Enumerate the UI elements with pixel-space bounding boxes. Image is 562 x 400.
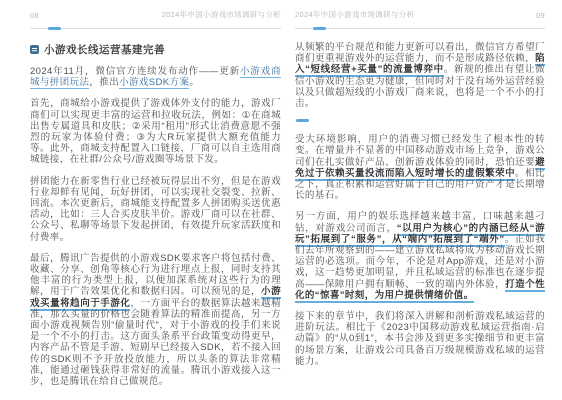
paragraph: 从频繁的平台规范和能力更新可以看出，微信官方希望厂商们更重视游戏外的运营能力，而…: [295, 42, 545, 109]
header-accent-tick: [48, 27, 61, 30]
page-number: 09: [536, 11, 545, 20]
page-right: 2024年中国小游戏市场调研与分析 09 从频繁的平台规范和能力更新可以看出，微…: [295, 0, 545, 400]
page-number: 08: [30, 11, 39, 20]
header-rule: [30, 28, 281, 29]
body-text: 。: [189, 77, 199, 88]
page-content: 从频繁的平台规范和能力更新可以看出，微信官方希望厂商们更重视游戏外的运营能力，而…: [295, 42, 545, 367]
paragraph: 2024年11月，微信官方连续发布动作——更新小游戏商城与拼团玩法，推出小游戏S…: [30, 66, 281, 88]
body-text: 从频繁的平台规范和能力更新可以看出，微信官方希望厂商们更重视游戏外的运营能力，而…: [295, 42, 545, 64]
paragraph: 接下来的章节中，我们将深入讲解和剖析游戏私域运营的进阶玩法。相比于《2023中国…: [295, 311, 545, 367]
body-text: 受大环境影响，用户的消费习惯已经发生了根本性的转变。在增量并不显著的中国移动游戏…: [295, 134, 545, 167]
paragraph: 首先，商城给小游戏提供了游戏体外支付的能力，游戏厂商们可以实现更丰富的运营和拉收…: [30, 98, 281, 165]
body-text: ，一方面平台的数据算法越来越精准，那么买量的价格也会随着算法的精准而提高，另一方…: [30, 298, 281, 387]
header-accent-tick: [313, 27, 326, 30]
body-text: 首先，商城给小游戏提供了游戏体外支付的能力，游戏厂商们可以实现更丰富的运营和拉收…: [30, 98, 281, 165]
paragraph: 拼团能力在新零售行业已经被玩得层出不穷，但是在游戏行业却鲜有见闻，玩好拼团，可以…: [30, 176, 281, 243]
body-text: 2024年11月，微信官方连续发布动作——更新: [30, 66, 240, 77]
doc-link[interactable]: 小游戏SDK方案: [119, 77, 189, 89]
notebook-icon: [30, 45, 39, 54]
body-text: ，推出: [89, 77, 119, 88]
section-title: 小游戏长线运营基建完善: [44, 42, 165, 57]
running-title: 2024年中国小游戏市场调研与分析: [162, 9, 281, 20]
page-left: 08 2024年中国小游戏市场调研与分析 小游戏长线运营基建完善 2024年11…: [30, 0, 281, 400]
section-divider: [296, 119, 309, 122]
section-heading: 小游戏长线运营基建完善: [30, 42, 281, 57]
running-title: 2024年中国小游戏市场调研与分析: [295, 9, 414, 20]
body-text: 最后，腾讯广告提供的小游戏SDK要求客户将包括付费、收藏、分享、创角等核心行为进…: [30, 253, 281, 298]
header-rule: [295, 28, 545, 29]
page-header: 08 2024年中国小游戏市场调研与分析: [30, 10, 281, 20]
paragraph-list: 2024年11月，微信官方连续发布动作——更新小游戏商城与拼团玩法，推出小游戏S…: [30, 66, 281, 387]
body-text: 拼团能力在新零售行业已经被玩得层出不穷，但是在游戏行业却鲜有见闻，玩好拼团，可以…: [30, 176, 281, 243]
page-header: 2024年中国小游戏市场调研与分析 09: [295, 10, 545, 20]
paragraph: 最后，腾讯广告提供的小游戏SDK要求客户将包括付费、收藏、分享、创角等核心行为进…: [30, 253, 281, 387]
paragraph: 受大环境影响，用户的消费习惯已经发生了根本性的转变。在增量并不显著的中国移动游戏…: [295, 134, 545, 201]
page-content: 小游戏长线运营基建完善 2024年11月，微信官方连续发布动作——更新小游戏商城…: [30, 42, 281, 387]
body-text: 接下来的章节中，我们将深入讲解和剖析游戏私域运营的进阶玩法。相比于《2023中国…: [295, 311, 545, 367]
paragraph-list: 从频繁的平台规范和能力更新可以看出，微信官方希望厂商们更重视游戏外的运营能力，而…: [295, 42, 545, 367]
paragraph: 另一方面，用户的娱乐选择越来越丰富，口味越来越刁钻，对游戏公司而言，“以用户为核…: [295, 211, 545, 301]
document-spread: 08 2024年中国小游戏市场调研与分析 小游戏长线运营基建完善 2024年11…: [0, 0, 562, 400]
